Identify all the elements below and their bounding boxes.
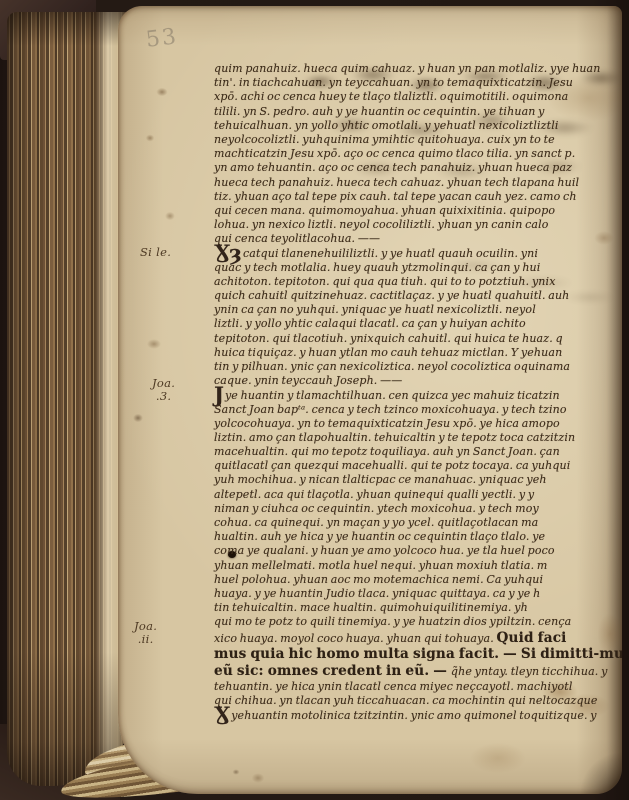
manuscript-line: liztin. amo çan tlapohualtin. tehuicalti… bbox=[214, 431, 622, 445]
manuscript-text-segment: Sanct Joan bapᵗᵃ. cenca y tech tzinco mo… bbox=[214, 403, 567, 416]
manuscript-text-segment: quac y tech motlalia. huey quauh ytzmoli… bbox=[214, 261, 540, 274]
manuscript-text-segment: neyolcocoliztli. yuhquinima ymihtic quit… bbox=[214, 133, 555, 146]
manuscript-text-segment: hualtin. auh ye hica y ye huantin oc ceq… bbox=[214, 530, 545, 543]
manuscript-text-segment: cohua. ca quinequi. yn maçan y yo ycel. … bbox=[214, 516, 538, 529]
manuscript-line: quich cahuitl quitzinehuaz. cactitlaçaz.… bbox=[214, 289, 622, 303]
manuscript-line: yhuan mellelmati. motla huel nequi. yhua… bbox=[214, 559, 622, 573]
manuscript-line: machticatzin Jesu xpō. aço oc cenca quim… bbox=[214, 147, 622, 161]
manuscript-line: tilili. yn S. pedro. auh y ye huantin oc… bbox=[214, 105, 622, 119]
manuscript-line: Ɣyehuantin motolinica tzitzintin. ynic a… bbox=[214, 708, 622, 722]
manuscript-text-segment: huaya. y ye huantin Judio tlaca. yniquac… bbox=[214, 587, 540, 600]
manuscript-text-segment: liztin. amo çan tlapohualtin. tehuicalti… bbox=[214, 431, 575, 444]
manuscript-text-segment: machticatzin Jesu xpō. aço oc cenca quim… bbox=[214, 147, 575, 160]
margin-note-john-11: Joa. .ii. bbox=[134, 620, 157, 646]
manuscript-line: yolcocohuaya. yn to temaquixticatzin Jes… bbox=[214, 417, 622, 431]
manuscript-text-segment: huel polohua. yhuan aoc mo motemachica n… bbox=[214, 573, 543, 586]
manuscript-page: 53 Si le. Joa. .3. Joa. .ii. quim panahu… bbox=[118, 6, 622, 794]
manuscript-text-segment: altepetl. aca qui tlaçotla. yhuan quineq… bbox=[214, 488, 534, 501]
manuscript-line: quitlacatl çan quezqui macehualli. qui t… bbox=[214, 459, 622, 473]
book-fore-edge-leaves bbox=[7, 12, 133, 786]
manuscript-text-segment: yhuan mellelmati. motla huel nequi. yhua… bbox=[214, 559, 548, 572]
manuscript-line: niman y ciuhca oc cequintin. ytech moxic… bbox=[214, 502, 622, 516]
manuscript-text-segment: huica tiquiçaz. y huan ytlan mo cauh teh… bbox=[214, 346, 562, 359]
manuscript-text-segment: macehualtin. qui mo tepotz toquiliaya. a… bbox=[214, 445, 560, 458]
manuscript-text-segment: yehuantin motolinica tzitzintin. ynic am… bbox=[231, 709, 596, 722]
manuscript-line: hualtin. auh ye hica y ye huantin oc ceq… bbox=[214, 530, 622, 544]
margin-note-text: .ii. bbox=[134, 633, 157, 646]
margin-note-simile: Si le. bbox=[140, 246, 171, 259]
manuscript-line: xico huaya. moyol coco huaya. yhuan qui … bbox=[214, 630, 622, 647]
manuscript-text-segment: tilili. yn S. pedro. auh y ye huantin oc… bbox=[214, 105, 545, 118]
manuscript-line: tiz. yhuan aço tal tepe pix cauh. tal te… bbox=[214, 190, 622, 204]
manuscript-line: xpō. achi oc cenca huey te tlaço tlalizt… bbox=[214, 90, 622, 104]
margin-note-john-3: Joa. .3. bbox=[152, 377, 175, 403]
manuscript-line: macehualtin. qui mo tepotz toquiliaya. a… bbox=[214, 445, 622, 459]
manuscript-text-segment: achitoton. tepitoton. qui qua qua tiuh. … bbox=[214, 275, 556, 288]
manuscript-text-segment: xpō. achi oc cenca huey te tlaço tlalizt… bbox=[214, 90, 568, 103]
manuscript-line: Sanct Joan bapᵗᵃ. cenca y tech tzinco mo… bbox=[214, 403, 622, 417]
manuscript-text-segment: yn amo tehuantin. aço oc cenca tech pana… bbox=[214, 161, 572, 174]
manuscript-line: liztli. y yollo yhtic calaqui tlacatl. c… bbox=[214, 317, 622, 331]
manuscript-line: altepetl. aca qui tlaçotla. yhuan quineq… bbox=[214, 488, 622, 502]
manuscript-line: tehuicalhuan. yn yollo yhtic omotlali. y… bbox=[214, 119, 622, 133]
manuscript-line: neyolcocoliztli. yuhquinima ymihtic quit… bbox=[214, 133, 622, 147]
manuscript-line: yn amo tehuantin. aço oc cenca tech pana… bbox=[214, 161, 622, 175]
manuscript-big-segment: Quid faci bbox=[497, 630, 567, 646]
manuscript-text-segment: ynin ca çan no yuhqui. yniquac ye huatl … bbox=[214, 303, 536, 316]
manuscript-text-segment: catqui tlanenehuililiztli. y ye huatl qu… bbox=[243, 247, 538, 260]
manuscript-text-segment: liztli. y yollo yhtic calaqui tlacatl. c… bbox=[214, 317, 526, 330]
pencil-folio-number: 53 bbox=[145, 24, 180, 53]
manuscript-text-segment: coma ye qualani. y huan ye amo yolcoco h… bbox=[214, 544, 555, 557]
manuscript-line: coma ye qualani. y huan ye amo yolcoco h… bbox=[214, 544, 622, 558]
manuscript-text-segment: hueca tech panahuiz. hueca tech cahuaz. … bbox=[214, 176, 579, 189]
manuscript-line: cohua. ca quinequi. yn maçan y yo ycel. … bbox=[214, 516, 622, 530]
manuscript-line: huel polohua. yhuan aoc mo motemachica n… bbox=[214, 573, 622, 587]
manuscript-text-segment: quich cahuitl quitzinehuaz. cactitlaçaz.… bbox=[214, 289, 569, 302]
manuscript-line: huica tiquiçaz. y huan ytlan mo cauh teh… bbox=[214, 346, 622, 360]
margin-note-text: Si le. bbox=[140, 246, 171, 259]
manuscript-line: Ɣȝcatqui tlanenehuililiztli. y ye huatl … bbox=[214, 246, 622, 260]
manuscript-big-segment: mus quia hic homo multa signa facit. — S… bbox=[214, 646, 622, 662]
manuscript-photo: 53 Si le. Joa. .3. Joa. .ii. quim panahu… bbox=[0, 0, 629, 800]
manuscript-line: tehuantin. ye hica ynin tlacatl cenca mi… bbox=[214, 680, 622, 694]
manuscript-text-segment: tin tehuicaltin. mace hualtin. quimohuiq… bbox=[214, 601, 528, 614]
margin-note-text: .3. bbox=[152, 390, 175, 403]
manuscript-line: hueca tech panahuiz. hueca tech cahuaz. … bbox=[214, 176, 622, 190]
manuscript-line: ynin ca çan no yuhqui. yniquac ye huatl … bbox=[214, 303, 622, 317]
manuscript-line: tin y pilhuan. ynic çan nexicoliztica. n… bbox=[214, 360, 622, 374]
manuscript-line: tin'. in tiachcahuan. yn teyccahuan. yn … bbox=[214, 76, 622, 90]
manuscript-line: qui cecen mana. quimomoyahua. yhuan quix… bbox=[214, 204, 622, 218]
manuscript-line: tin tehuicaltin. mace hualtin. quimohuiq… bbox=[214, 601, 622, 615]
manuscript-line: tepitoton. qui tlacotiuh. ynixquich cahu… bbox=[214, 332, 622, 346]
manuscript-text-block: quim panahuiz. hueca quim cahuaz. y huan… bbox=[214, 62, 622, 722]
manuscript-text-segment: tiz. yhuan aço tal tepe pix cauh. tal te… bbox=[214, 190, 577, 203]
manuscript-line: eũ sic: omnes credent in eũ. — q̃he ynta… bbox=[214, 663, 622, 680]
manuscript-text-segment: niman y ciuhca oc cequintin. ytech moxic… bbox=[214, 502, 539, 515]
manuscript-text-segment: q̃he yntay. tleyn ticchihua. y bbox=[451, 665, 608, 678]
manuscript-text-segment: yuh mochihua. y nican tlalticpac ce mana… bbox=[214, 473, 547, 486]
manuscript-line: mus quia hic homo multa signa facit. — S… bbox=[214, 646, 622, 663]
manuscript-line: qui chihua. yn tlacan yuh ticcahuacan. c… bbox=[214, 694, 622, 708]
manuscript-text-segment: lohua. yn nexico liztli. neyol cocoliliz… bbox=[214, 218, 549, 231]
manuscript-line: qui cenca teyolitlacohua. —— bbox=[214, 232, 622, 246]
manuscript-text-segment: caque. ynin teyccauh Joseph. —— bbox=[214, 374, 402, 387]
manuscript-line: achitoton. tepitoton. qui qua qua tiuh. … bbox=[214, 275, 622, 289]
manuscript-text-segment: tepitoton. qui tlacotiuh. ynixquich cahu… bbox=[214, 332, 563, 345]
manuscript-text-segment: qui cecen mana. quimomoyahua. yhuan quix… bbox=[214, 204, 555, 217]
manuscript-text-segment: xico huaya. moyol coco huaya. yhuan qui … bbox=[214, 632, 497, 645]
manuscript-text-segment: tehuicalhuan. yn yollo yhtic omotlali. y… bbox=[214, 119, 559, 132]
manuscript-text-segment: yolcocohuaya. yn to temaquixticatzin Jes… bbox=[214, 417, 560, 430]
manuscript-line: qui mo te potz to quili tinemiya. y ye h… bbox=[214, 615, 622, 629]
manuscript-text-segment: tehuantin. ye hica ynin tlacatl cenca mi… bbox=[214, 680, 573, 693]
gutter-corner-shadow bbox=[576, 742, 622, 794]
manuscript-text-segment: quitlacatl çan quezqui macehualli. qui t… bbox=[214, 459, 570, 472]
manuscript-text-segment: quim panahuiz. hueca quim cahuaz. y huan… bbox=[214, 62, 601, 75]
manuscript-init-segment: Ɣ bbox=[214, 702, 231, 727]
manuscript-line: Jye huantin y tlamachtilhuan. cen quizca… bbox=[214, 388, 622, 402]
manuscript-line: yuh mochihua. y nican tlalticpac ce mana… bbox=[214, 473, 622, 487]
manuscript-text-segment: qui chihua. yn tlacan yuh ticcahuacan. c… bbox=[214, 694, 598, 707]
manuscript-line: lohua. yn nexico liztli. neyol cocoliliz… bbox=[214, 218, 622, 232]
manuscript-text-segment: ye huantin y tlamachtilhuan. cen quizca … bbox=[225, 389, 560, 402]
manuscript-text-segment: tin y pilhuan. ynic çan nexicoliztica. n… bbox=[214, 360, 570, 373]
manuscript-line: huaya. y ye huantin Judio tlaca. yniquac… bbox=[214, 587, 622, 601]
manuscript-line: quim panahuiz. hueca quim cahuaz. y huan… bbox=[214, 62, 622, 76]
manuscript-line: quac y tech motlalia. huey quauh ytzmoli… bbox=[214, 261, 622, 275]
manuscript-text-segment: qui mo te potz to quili tinemiya. y ye h… bbox=[214, 615, 571, 628]
manuscript-line: caque. ynin teyccauh Joseph. —— bbox=[214, 374, 622, 388]
manuscript-big-segment: eũ sic: omnes credent in eũ. — bbox=[214, 663, 451, 679]
manuscript-text-segment: tin'. in tiachcahuan. yn teyccahuan. yn … bbox=[214, 76, 573, 89]
